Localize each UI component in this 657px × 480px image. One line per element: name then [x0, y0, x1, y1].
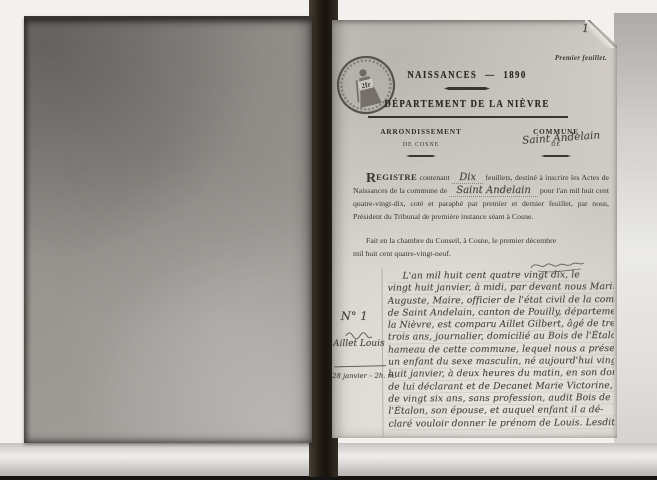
departement-title: DÉPARTEMENT DE LA NIÈVRE: [346, 99, 589, 110]
revenue-stamp-icon: 2fr: [327, 46, 405, 124]
act-number: N° 1: [341, 309, 368, 323]
stamp-seal-graphic: 2fr: [327, 46, 405, 124]
registre-paragraph: REGISTRE contenant Dix feuillets, destin…: [353, 171, 609, 223]
registre-seg1: contenant: [420, 173, 450, 182]
left-blank-page: [24, 16, 312, 443]
scanned-register-spread: Premier feuillet. 1 2fr NAISSANCES — 189…: [0, 0, 657, 480]
header-rule: [368, 116, 568, 118]
margin-rule: [334, 365, 386, 367]
right-register-page: Premier feuillet. 1 2fr NAISSANCES — 189…: [332, 20, 617, 438]
commune-block: COMMUNE DE Saint Andelain: [506, 128, 606, 157]
act-text-column: L'an mil huit cent quatre vingt dix, le …: [387, 269, 614, 430]
act-child-name: Aillet Louis: [333, 339, 385, 349]
arrondissement-commune-row: ARRONDISSEMENT DE COSNE COMMUNE DE Saint…: [362, 128, 607, 157]
act-date-time: 28 janvier – 2h. m.: [332, 372, 396, 380]
title-rule: [444, 87, 490, 90]
arrondissement-block: ARRONDISSEMENT DE COSNE: [362, 128, 480, 157]
registre-word: EGISTRE: [376, 172, 417, 182]
registre-initial: R: [366, 171, 376, 186]
arrondissement-rule: [406, 155, 436, 157]
fait-line-1: Fait en la chambre du Conseil, à Cosne, …: [353, 236, 609, 245]
registre-commune-handwritten: Saint Andelain: [449, 185, 538, 197]
birth-act-record: N° 1 Aillet Louis 28 janvier – 2h. m. L'…: [331, 267, 617, 437]
premier-feuillet-label: Premier feuillet.: [555, 54, 607, 62]
margin-squiggle-icon: [345, 327, 373, 336]
folded-corner: [585, 20, 617, 48]
commune-rule: [541, 155, 571, 157]
arrondissement-label: ARRONDISSEMENT: [362, 128, 480, 136]
scanner-backdrop: [614, 13, 657, 443]
page-number: 1: [582, 22, 589, 35]
act-line: claré vouloir donner le prénom de Louis.…: [388, 417, 614, 431]
arrondissement-value: DE COSNE: [362, 142, 480, 148]
feuillets-count-handwritten: Dix: [452, 172, 483, 184]
act-margin-column: N° 1 Aillet Louis 28 janvier – 2h. m.: [331, 269, 383, 437]
births-year-title: NAISSANCES — 1890: [348, 70, 586, 81]
